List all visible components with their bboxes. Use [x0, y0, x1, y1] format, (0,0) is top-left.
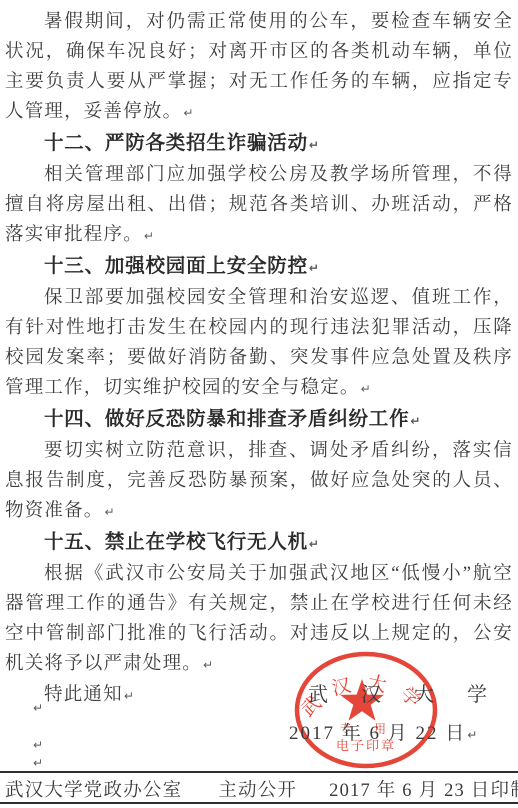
paragraph-section-12: 相关管理部门应加强学校公房及教学场所管理，不得擅自将房屋出租、出借；规范各类培训… [5, 160, 513, 251]
paragraph-mark-icon: ↵ [33, 738, 43, 752]
paragraph-mark-icon: ↵ [33, 701, 43, 715]
paragraph-mark-icon: ↵ [309, 130, 319, 160]
paragraph-mark-icon: ↵ [144, 221, 154, 251]
paragraph-text: 相关管理部门应加强学校公房及教学场所管理，不得擅自将房屋出租、出借；规范各类培训… [5, 165, 513, 245]
heading-text: 十二、严防各类招生诈骗活动 [44, 132, 308, 154]
signature-date-text: 2017 年 6 月 22 日 [289, 723, 466, 744]
paragraph-vehicle-safety: 暑假期间，对仍需正常使用的公车，要检查车辆安全状况，确保车况良好；对离开市区的各… [5, 7, 513, 128]
paragraph-text: 特此通知 [44, 685, 123, 705]
paragraph-mark-icon: ↵ [361, 374, 371, 404]
heading-section-13: 十三、加强校园面上安全防控↵ [5, 251, 513, 283]
paragraph-mark-icon: ↵ [105, 497, 115, 527]
heading-section-14: 十四、做好反恐防暴和排查矛盾纠纷工作↵ [5, 404, 513, 436]
footer-office: 武汉大学党政办公室 [5, 776, 182, 802]
paragraph-text: 暑假期间，对仍需正常使用的公车，要检查车辆安全状况，确保车况良好；对离开市区的各… [5, 12, 513, 122]
heading-section-12: 十二、严防各类招生诈骗活动↵ [5, 128, 513, 160]
signature-date: 2017 年 6 月 22 日↵ [289, 718, 477, 745]
document-body: 暑假期间，对仍需正常使用的公车，要检查车辆安全状况，确保车况良好；对离开市区的各… [5, 7, 513, 711]
footer-disclosure: 主动公开 [218, 776, 297, 802]
official-seal: 武汉大学 专用 电子印章 [292, 649, 440, 771]
heading-section-15: 十五、禁止在学校飞行无人机↵ [5, 527, 513, 559]
document-page: 暑假期间，对仍需正常使用的公车，要检查车辆安全状况，确保车况良好；对离开市区的各… [0, 0, 518, 808]
paragraph-text: 保卫部要加强校园安全管理和治安巡逻、值班工作，有针对性地打击发生在校园内的现行违… [5, 288, 513, 398]
paragraph-mark-icon: ↵ [203, 650, 213, 680]
paragraph-mark-icon: ↵ [467, 728, 477, 742]
footer-bottom-rule [0, 802, 518, 804]
paragraph-section-14: 要切实树立防范意识，排查、调处矛盾纠纷，落实信息报告制度，完善反恐防暴预案，做好… [5, 436, 513, 527]
paragraph-mark-icon: ↵ [309, 253, 319, 283]
paragraph-mark-icon: ↵ [33, 756, 43, 770]
paragraph-mark-icon: ↵ [183, 98, 193, 128]
heading-text: 十四、做好反恐防暴和排查矛盾纠纷工作 [44, 408, 409, 430]
signature-organization: 武 汉 大 学 [308, 678, 501, 707]
heading-text: 十五、禁止在学校飞行无人机 [44, 531, 308, 553]
footer-top-rule [0, 771, 518, 773]
paragraph-mark-icon: ↵ [309, 529, 319, 559]
paragraph-mark-icon: ↵ [410, 406, 420, 436]
paragraph-section-13: 保卫部要加强校园安全管理和治安巡逻、值班工作，有针对性地打击发生在校园内的现行违… [5, 283, 513, 404]
heading-text: 十三、加强校园面上安全防控 [44, 255, 308, 277]
paragraph-text: 要切实树立防范意识，排查、调处矛盾纠纷，落实信息报告制度，完善反恐防暴预案，做好… [5, 441, 513, 521]
footer: 武汉大学党政办公室 主动公开 2017 年 6 月 23 日印制 ↵ [5, 776, 518, 802]
footer-print-date: 2017 年 6 月 23 日印制 [329, 776, 518, 802]
paragraph-mark-icon: ↵ [124, 681, 134, 711]
